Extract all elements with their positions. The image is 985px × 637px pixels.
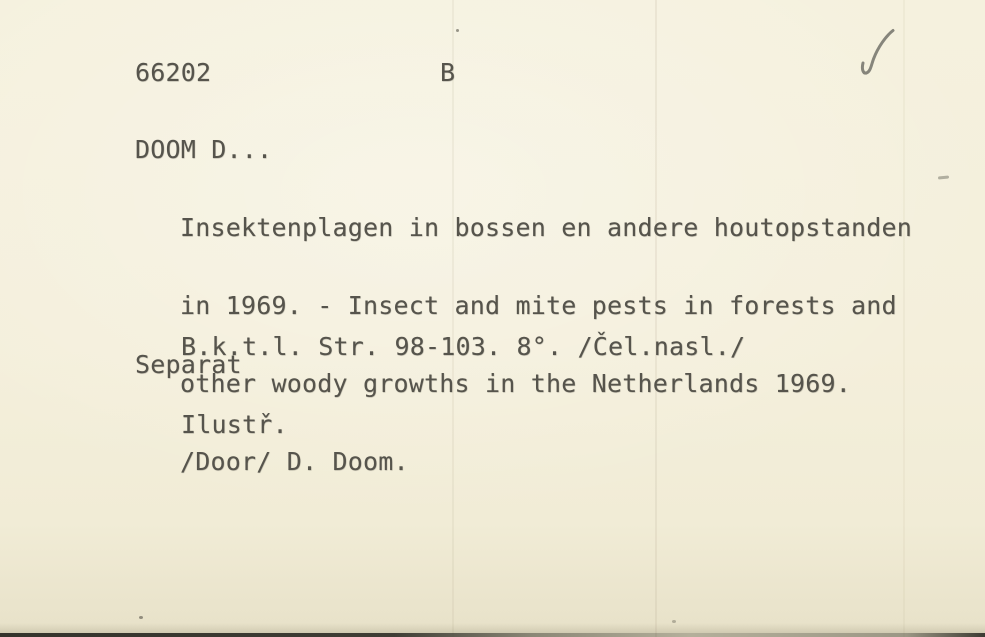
scan-speck (456, 29, 459, 32)
scan-shadow (0, 623, 985, 633)
pencil-dash (938, 175, 949, 179)
title-line: Insektenplagen in bossen en andere houto… (180, 215, 912, 241)
scan-edge (0, 633, 985, 637)
card-number: 66202 (135, 60, 211, 86)
catalog-card: 66202 B DOOM D... Insektenplagen in boss… (0, 0, 985, 637)
scan-speck (139, 616, 143, 619)
collation-line: B.k.t.l. Str. 98-103. 8°. /Čel.nasl./ (181, 334, 745, 360)
section-letter: B (440, 60, 455, 86)
separat-note: Separat (135, 352, 242, 378)
collation-line: Ilustř. (181, 412, 745, 438)
checkmark-icon (850, 26, 906, 82)
author-heading: DOOM D... (135, 137, 272, 163)
collation-block: B.k.t.l. Str. 98-103. 8°. /Čel.nasl./ Il… (181, 282, 745, 490)
